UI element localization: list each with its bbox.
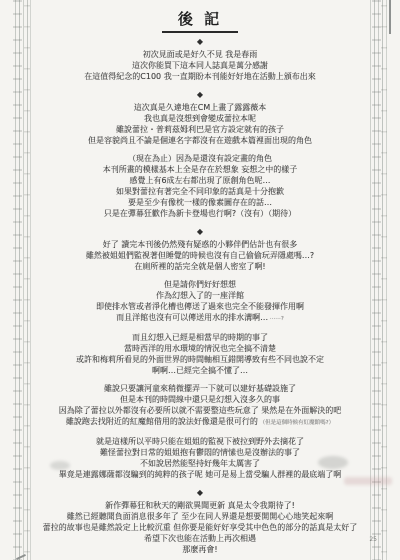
text-line: 雖然已經聽聞負面消息很多年了 至少在同人界還是想要開開心心地笑起來啊 xyxy=(38,511,362,522)
text-line: 畢竟是連露娜薩都沒騙到的純粹的孩子呢 她可是易上當受騙人群裡的最底端了啊 xyxy=(38,469,362,480)
page-edge-line xyxy=(378,0,379,560)
text-line: 但是請你們好好想想 xyxy=(38,279,362,290)
page-edge-line xyxy=(386,0,387,560)
text-line: 即使排水管或者淨化槽也傳送了過來也完全不能發揮作用啊 xyxy=(38,301,362,312)
text-line: 這次真是久違地在CM上畫了露露薇本 xyxy=(38,102,362,113)
scan-corner-mark xyxy=(389,0,391,34)
text-line: 當時西洋的用水環境的情況也完全搞不清楚 xyxy=(38,343,362,354)
scan-edge-right xyxy=(362,0,400,560)
text-line: 因為除了蕾拉以外都沒有必要所以就不需要整這些玩意了 果然是在外面解決的吧 xyxy=(38,405,362,416)
text-line: 或許和梅莉所看見的外面世界的時間軸相互錯開導致有些不同也說不定 xyxy=(38,354,362,365)
paragraph: 就是這樣所以平時只能在姐姐的監視下被拉到野外去摘花了難怪蕾拉對日常的姐姐抱有鬱悶… xyxy=(38,436,362,480)
page-edge-line xyxy=(15,0,16,560)
afterword-sections: ◆初次見面或是好久不見 我是春雨這次你能買下這本同人誌真是萬分感謝在這值得紀念的… xyxy=(38,36,362,555)
text-line: 在廁所裡的話完全就是個人密室了啊! xyxy=(38,261,362,272)
text-line: （現在為止）因為是還沒有設定畫的角色 xyxy=(38,153,362,164)
page-edge-line xyxy=(19,0,20,560)
page-edge-marks xyxy=(372,0,381,560)
text-line: 這次你能買下這本同人誌真是萬分感謝 xyxy=(38,60,362,71)
text-line: 新作彈幕狂和秋天的剛欲異聞更新 真是太令我期待了! xyxy=(38,500,362,511)
text-line: 就是這樣所以平時只能在姐姐的監視下被拉到野外去摘花了 xyxy=(38,436,362,447)
text-line: 雖說蕾拉・普莉茲姆利巴是官方設定就有的孩子 xyxy=(38,124,362,135)
page-title-text: 後 記 xyxy=(162,8,238,33)
text-line: 只是在彈幕狂歡作為新卡登場也行啊?（沒有）（期待） xyxy=(38,208,362,219)
page-edge-line xyxy=(27,0,28,560)
diamond-separator-icon: ◆ xyxy=(38,487,362,498)
diamond-separator-icon: ◆ xyxy=(38,36,362,47)
text-line: 好了 讀完本刊後仍然殘有疑惑的小夥伴們估計也有很多 xyxy=(38,239,362,250)
text-line: 那麼再會! xyxy=(38,544,362,555)
page-edge-marks xyxy=(24,5,30,560)
small-note: ⋯⋯? xyxy=(268,316,284,322)
page-edge-marks xyxy=(381,5,387,560)
small-note: （但是這個時候有紅魔館嗎?） xyxy=(258,420,334,426)
page-edge-line xyxy=(370,0,371,560)
text-line: 不如說居然能堅持好幾年太厲害了 xyxy=(38,458,362,469)
text-line: 難怪蕾拉對日常的姐姐抱有鬱悶的情愫也是沒辦法的事了 xyxy=(38,447,362,458)
scan-edge-left xyxy=(0,0,36,560)
text-line: 我也真是沒想到會變成蕾拉本呢 xyxy=(38,113,362,124)
paragraph: 而且幻想入已經是相當早的時期的事了當時西洋的用水環境的情況也完全搞不清楚或許和梅… xyxy=(38,332,362,376)
text-line: 感覺上有6成左右都出現了原創角色呢… xyxy=(38,175,362,186)
page-edge-line xyxy=(382,0,383,560)
text-line: 但是容貌尚且不論是個連名字都沒有在遊戲本篇裡面出現的角色 xyxy=(38,135,362,146)
text-line: 雖說只要讓河童來稍微擺弄一下就可以建好基礎設施了 xyxy=(38,383,362,394)
text-line: 希望下次也能在活動上再次相遇 xyxy=(38,533,362,544)
paragraph: 這次真是久違地在CM上畫了露露薇本我也真是沒想到會變成蕾拉本呢雖說蕾拉・普莉茲姆… xyxy=(38,102,362,146)
text-line: 蕾拉的故事也是雖然設定上比較沉重 但你要是能好好享受其中色色的部分的話真是太好了 xyxy=(38,522,362,533)
diamond-separator-icon: ◆ xyxy=(38,89,362,100)
text-line: 初次見面或是好久不見 我是春雨 xyxy=(38,49,362,60)
text-line: 而且洋館也沒有可以傳送用水的排水溝啊… ⋯⋯? xyxy=(38,312,362,325)
text-line: 如果對蕾拉有著完全不同印象的話真是十分抱歉 xyxy=(38,186,362,197)
page-title: 後 記 xyxy=(38,8,362,33)
text-line: 雖說跑去找附近的紅魔館借用的說法好像還是很可行的 （但是這個時候有紅魔館嗎?） xyxy=(38,416,362,429)
diamond-separator-icon: ◆ xyxy=(38,226,362,237)
page-edge-line xyxy=(23,0,24,560)
paragraph: 新作彈幕狂和秋天的剛欲異聞更新 真是太令我期待了!雖然已經聽聞負面消息很多年了 … xyxy=(38,500,362,555)
paragraph: 初次見面或是好久不見 我是春雨這次你能買下這本同人誌真是萬分感謝在這值得紀念的C… xyxy=(38,49,362,82)
page-edge-marks xyxy=(13,0,22,560)
text-line: 作為幻想入了的一座洋館 xyxy=(38,290,362,301)
page-edge-line xyxy=(30,0,31,560)
text-line: 而且幻想入已經是相當早的時期的事了 xyxy=(38,332,362,343)
text-line: 本刊所畫的模樣基本上全是存在於想象 妄想之中的樣子 xyxy=(38,164,362,175)
paragraph: 好了 讀完本刊後仍然殘有疑惑的小夥伴們估計也有很多雖然被姐姐們監視著但睡覺的時候… xyxy=(38,239,362,272)
text-line: 但是本刊的時間線中還只是幻想入沒多久的事 xyxy=(38,394,362,405)
text-line: 要是至少有像枕一樣的像素圖存在的話… xyxy=(38,197,362,208)
scan-corner-mark xyxy=(16,554,26,560)
paragraph: （現在為止）因為是還沒有設定畫的角色本刊所畫的模樣基本上全是存在於想象 妄想之中… xyxy=(38,153,362,219)
text-line: 在這值得紀念的C100 我一直期盼本刊能好好地在活動上頒布出來 xyxy=(38,71,362,82)
page-edge-line xyxy=(374,0,375,560)
afterword-page: 後 記 ◆初次見面或是好久不見 我是春雨這次你能買下這本同人誌真是萬分感謝在這值… xyxy=(0,0,400,560)
text-line: 雖然被姐姐們監視著但睡覺的時候也沒有自己偷偷玩弄隱處嗎…? xyxy=(38,250,362,261)
paragraph: 雖說只要讓河童來稍微擺弄一下就可以建好基礎設施了但是本刊的時間線中還只是幻想入沒… xyxy=(38,383,362,429)
text-line: 啊啊…已經完全搞不懂了… xyxy=(38,365,362,376)
paragraph: 但是請你們好好想想作為幻想入了的一座洋館即使排水管或者淨化槽也傳送了過來也完全不… xyxy=(38,279,362,325)
afterword-content: 後 記 ◆初次見面或是好久不見 我是春雨這次你能買下這本同人誌真是萬分感謝在這值… xyxy=(38,8,362,560)
page-number: 25 xyxy=(369,536,377,543)
